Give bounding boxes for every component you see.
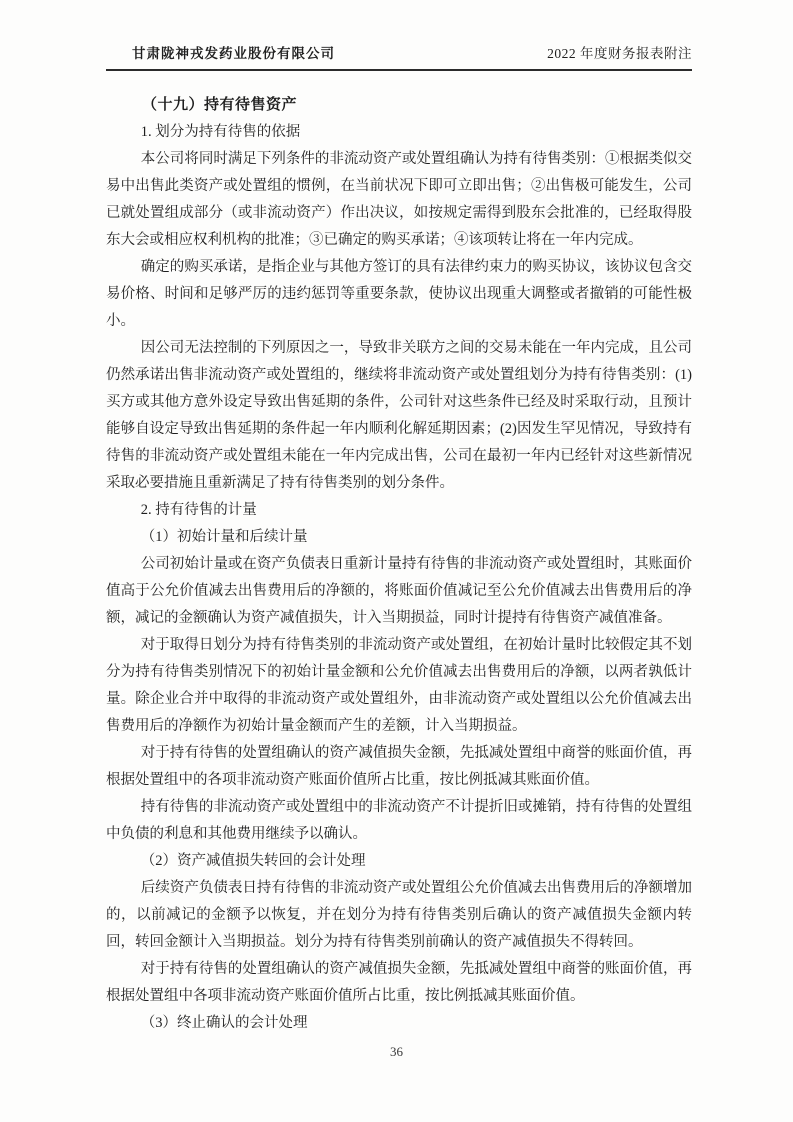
subsection-heading: （2）资产减值损失转回的会计处理 xyxy=(106,848,692,875)
report-title: 2022 年度财务报表附注 xyxy=(547,42,692,62)
body-paragraph: 持有待售的非流动资产或处置组中的非流动资产不计提折旧或摊销，持有待售的处置组中负… xyxy=(106,794,692,848)
document-page: 甘肃陇神戎发药业股份有限公司 2022 年度财务报表附注 （十九）持有待售资产 … xyxy=(0,0,793,1122)
page-header: 甘肃陇神戎发药业股份有限公司 2022 年度财务报表附注 xyxy=(106,42,692,71)
body-paragraph: 对于持有待售的处置组确认的资产减值损失金额，先抵减处置组中商誉的账面价值，再根据… xyxy=(106,956,692,1010)
body-paragraph: 对于持有待售的处置组确认的资产减值损失金额，先抵减处置组中商誉的账面价值，再根据… xyxy=(106,740,692,794)
body-paragraph: 确定的购买承诺，是指企业与其他方签订的具有法律约束力的购买协议，该协议包含交易价… xyxy=(106,254,692,335)
page-number: 36 xyxy=(0,1044,793,1060)
subsection-heading: （1）初始计量和后续计量 xyxy=(106,524,692,551)
body-paragraph: 公司初始计量或在资产负债表日重新计量持有待售的非流动资产或处置组时，其账面价值高… xyxy=(106,551,692,632)
body-paragraph: 本公司将同时满足下列条件的非流动资产或处置组确认为持有待售类别：①根据类似交易中… xyxy=(106,146,692,254)
subsection-heading: 1. 划分为持有待售的依据 xyxy=(106,119,692,146)
company-name: 甘肃陇神戎发药业股份有限公司 xyxy=(132,42,335,62)
subsection-heading: （3）终止确认的会计处理 xyxy=(106,1010,692,1037)
document-body: （十九）持有待售资产 1. 划分为持有待售的依据 本公司将同时满足下列条件的非流… xyxy=(106,92,692,1037)
body-paragraph: 对于取得日划分为持有待售类别的非流动资产或处置组，在初始计量时比较假定其不划分为… xyxy=(106,632,692,740)
section-heading: （十九）持有待售资产 xyxy=(106,92,692,119)
body-paragraph: 因公司无法控制的下列原因之一，导致非关联方之间的交易未能在一年内完成，且公司仍然… xyxy=(106,335,692,497)
subsection-heading: 2. 持有待售的计量 xyxy=(106,497,692,524)
body-paragraph: 后续资产负债表日持有待售的非流动资产或处置组公允价值减去出售费用后的净额增加的，… xyxy=(106,875,692,956)
